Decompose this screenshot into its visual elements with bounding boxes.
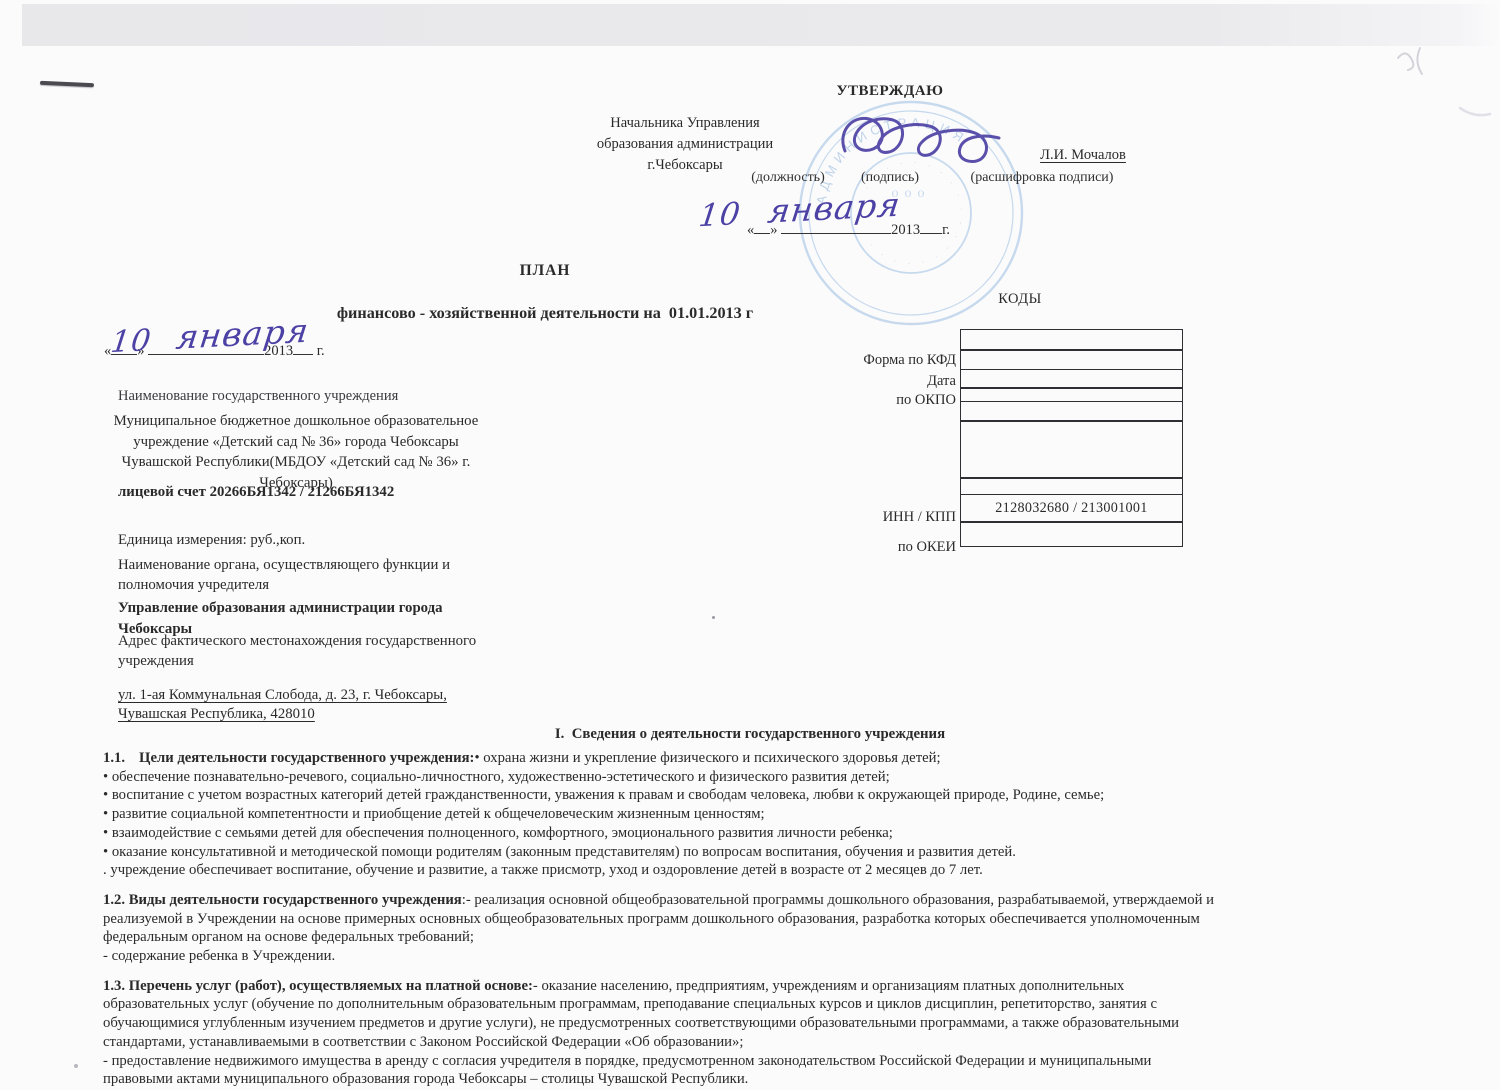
codes-row-empty [960,329,1183,351]
bullet-item: • взаимодействие с семьями детей для обе… [103,824,1223,843]
caption-position: (должность) [733,170,843,186]
org-address-label-line: учреждения [118,652,538,672]
org-address: ул. 1-ая Коммунальная Слобода, д. 23, г.… [118,686,548,724]
org-address-line: ул. 1-ая Коммунальная Слобода, д. 23, г.… [118,686,548,705]
handwritten-day: 10 [109,323,154,360]
scanner-edge-band [22,4,1500,46]
pen-dash-mark [40,81,94,87]
org-name-line: учреждение «Детский сад № 36» города Чеб… [112,432,480,453]
org-name-label: Наименование государственного учреждения [118,388,538,405]
codes-row-empty [960,420,1183,479]
paragraph-1-1: 1.1.Цели деятельности государственного у… [103,749,1223,880]
caption-signature: (подпись) [845,170,935,186]
codes-label-inn-kpp: ИНН / КПП [656,509,956,526]
codes-header: КОДЫ [960,291,1080,308]
org-name-line: Муниципальное бюджетное дошкольное образ… [112,411,480,432]
codes-row-date [960,369,1183,389]
year-suffix: г. [317,343,325,359]
clause-lead: 1.2. Виды деятельности государственного … [103,892,462,908]
codes-row-kfd [960,349,1183,370]
bullet-item: • охрана жизни и укрепление физического … [474,750,940,766]
document-subtitle: финансово - хозяйственной деятельности н… [250,304,840,323]
scan-speck [712,616,715,619]
approver-position: Начальника Управления образования админи… [565,113,805,176]
handwritten-month: января [766,185,903,231]
clause-number: 1.1. [103,750,125,766]
codes-row-empty [960,477,1183,495]
inn-kpp-value: 2128032680 / 213001001 [995,500,1147,517]
codes-table: 2128032680 / 213001001 [960,329,1183,547]
bullet-item: • оказание консультативной и методическо… [103,843,1223,862]
paragraph-1-2-text: 1.2. Виды деятельности государственного … [103,891,1223,947]
codes-label-date: Дата [656,373,956,390]
list-item: - предоставление недвижимого имущества в… [103,1052,1223,1089]
codes-row-okei [960,521,1183,547]
codes-label-kfd: Форма по КФД [656,352,956,369]
year-suffix: г. [942,222,950,238]
approver-position-line: образования администрации [565,134,805,155]
bullet-item: • развитие социальной компетентности и п… [103,805,1223,824]
scan-speck [74,1064,78,1068]
org-founder-label-line: полномочия учредителя [118,576,538,596]
org-address-label: Адрес фактического местонахождения госуд… [118,632,538,671]
org-name-line: Чувашской Республики(МБДОУ «Детский сад … [112,452,480,473]
clause-lead: Цели деятельности государственного учреж… [139,750,474,766]
org-founder-name-line: Управление образования администрации гор… [118,598,538,619]
closing-line: . учреждение обеспечивает воспитание, об… [103,861,1223,880]
org-address-line: Чувашская Республика, 428010 [118,705,548,724]
bullet-item: • воспитание с учетом возрастных категор… [103,786,1223,805]
org-unit: Единица измерения: руб.,коп. [118,532,538,549]
org-account: лицевой счет 20266БЯ1342 / 21266БЯ1342 [118,484,538,501]
org-founder-label: Наименование органа, осуществляющего фун… [118,556,538,595]
caption-name-transcript: (расшифровка подписи) [962,170,1122,186]
scanned-document-page: { "approval": { "header": "УТВЕРЖДАЮ", "… [0,0,1500,1090]
section-1-body: 1.1.Цели деятельности государственного у… [103,749,1223,1089]
handwritten-day: 10 [697,196,743,234]
list-item: - содержание ребенка в Учреждении. [103,947,1223,966]
section-1-heading: I. Сведения о деятельности государственн… [0,726,1500,743]
handwritten-month: января [174,311,311,357]
org-address-label-line: Адрес фактического местонахождения госуд… [118,632,538,652]
bullet-item: • обеспечение познавательно-речевого, со… [103,768,1223,787]
pencil-scribble-mark [1390,30,1500,130]
paragraph-1-3-text: 1.3. Перечень услуг (работ), осуществляе… [103,977,1223,1052]
codes-row-empty [960,401,1183,422]
codes-label-okpo: по ОКПО [656,392,956,409]
blank-line [920,220,942,234]
approver-position-line: Начальника Управления [565,113,805,134]
org-name: Муниципальное бюджетное дошкольное образ… [112,411,480,493]
year: 2013 [891,222,920,238]
codes-row-inn-kpp: 2128032680 / 213001001 [960,494,1183,523]
paragraph-1-1-lead-line: 1.1.Цели деятельности государственного у… [103,749,1223,768]
paragraph-1-2: 1.2. Виды деятельности государственного … [103,891,1223,966]
signer-name: Л.И. Мочалов [1003,147,1163,164]
document-title: ПЛАН [250,262,840,280]
clause-lead: 1.3. Перечень услуг (работ), осуществляе… [103,978,533,994]
codes-label-okei: по ОКЕИ [656,539,956,556]
paragraph-1-3: 1.3. Перечень услуг (работ), осуществляе… [103,977,1223,1089]
org-founder-label-line: Наименование органа, осуществляющего фун… [118,556,538,576]
